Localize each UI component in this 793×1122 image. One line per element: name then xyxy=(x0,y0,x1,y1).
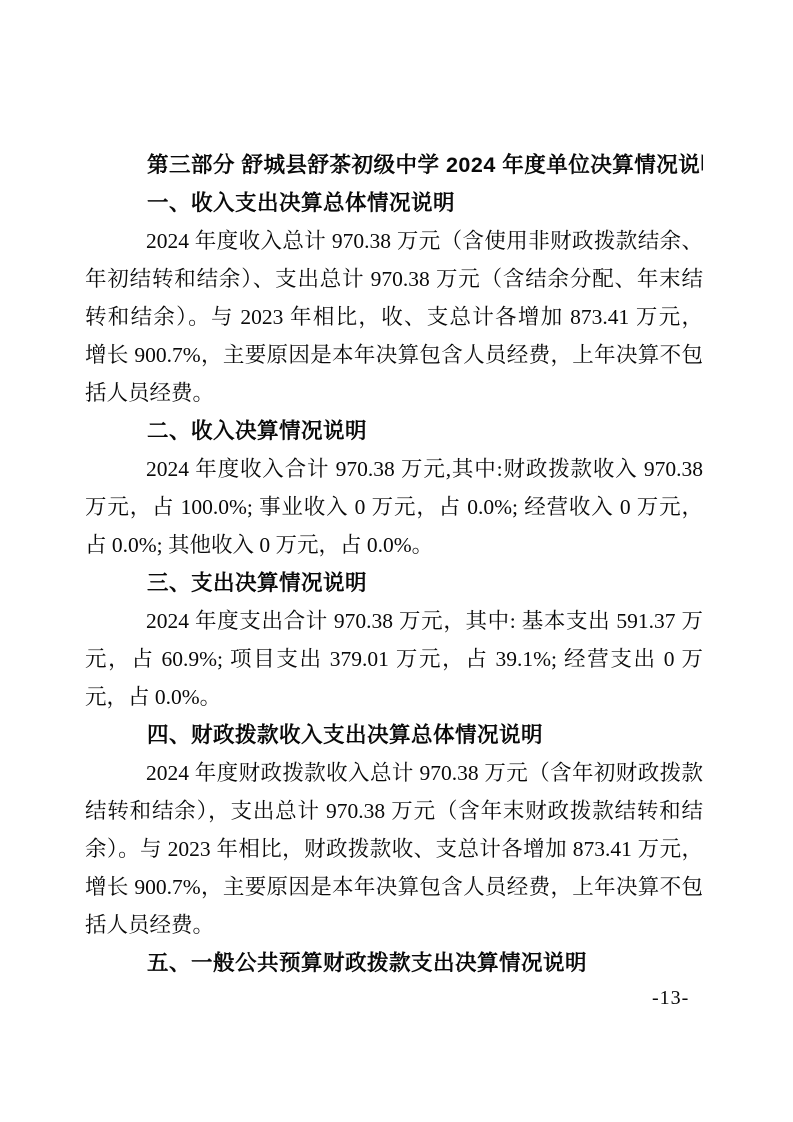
text-line: 结转和结余），支出总计 970.38 万元（含年末财政拨款结转和结 xyxy=(85,792,703,830)
text-line: 转和结余）。与 2023 年相比，收、支总计各增加 873.41 万元， xyxy=(85,298,703,336)
page-number: -13- xyxy=(652,986,689,1010)
text-line: 元，占 60.9%; 项目支出 379.01 万元，占 39.1%; 经营支出 … xyxy=(85,640,703,678)
section-heading-1: 一、收入支出决算总体情况说明 xyxy=(85,184,703,222)
text-line: 占 0.0%; 其他收入 0 万元，占 0.0%。 xyxy=(85,526,703,564)
text-line: 2024 年度收入合计 970.38 万元,其中:财政拨款收入 970.38 xyxy=(85,450,703,488)
text-line: 余）。与 2023 年相比，财政拨款收、支总计各增加 873.41 万元， xyxy=(85,830,703,868)
document-page: { "document": { "title": "第三部分 舒城县舒茶初级中学… xyxy=(0,0,793,1122)
text-line: 2024 年度财政拨款收入总计 970.38 万元（含年初财政拨款 xyxy=(85,754,703,792)
section-heading-4: 四、财政拨款收入支出决算总体情况说明 xyxy=(85,716,703,754)
document-body: 第三部分 舒城县舒茶初级中学 2024 年度单位决算情况说明 一、收入支出决算总… xyxy=(85,146,703,982)
text-line: 增长 900.7%，主要原因是本年决算包含人员经费，上年决算不包 xyxy=(85,868,703,906)
section-heading-3: 三、支出决算情况说明 xyxy=(85,564,703,602)
text-line: 括人员经费。 xyxy=(85,906,703,944)
section-heading-5: 五、一般公共预算财政拨款支出决算情况说明 xyxy=(85,944,703,982)
text-line: 元，占 0.0%。 xyxy=(85,678,703,716)
document-title: 第三部分 舒城县舒茶初级中学 2024 年度单位决算情况说明 xyxy=(85,146,703,184)
text-line: 括人员经费。 xyxy=(85,374,703,412)
text-line: 2024 年度支出合计 970.38 万元，其中: 基本支出 591.37 万 xyxy=(85,602,703,640)
section-heading-2: 二、收入决算情况说明 xyxy=(85,412,703,450)
text-line: 增长 900.7%，主要原因是本年决算包含人员经费，上年决算不包 xyxy=(85,336,703,374)
text-line: 年初结转和结余）、支出总计 970.38 万元（含结余分配、年末结 xyxy=(85,260,703,298)
text-line: 2024 年度收入总计 970.38 万元（含使用非财政拨款结余、 xyxy=(85,222,703,260)
text-line: 万元，占 100.0%; 事业收入 0 万元，占 0.0%; 经营收入 0 万元… xyxy=(85,488,703,526)
